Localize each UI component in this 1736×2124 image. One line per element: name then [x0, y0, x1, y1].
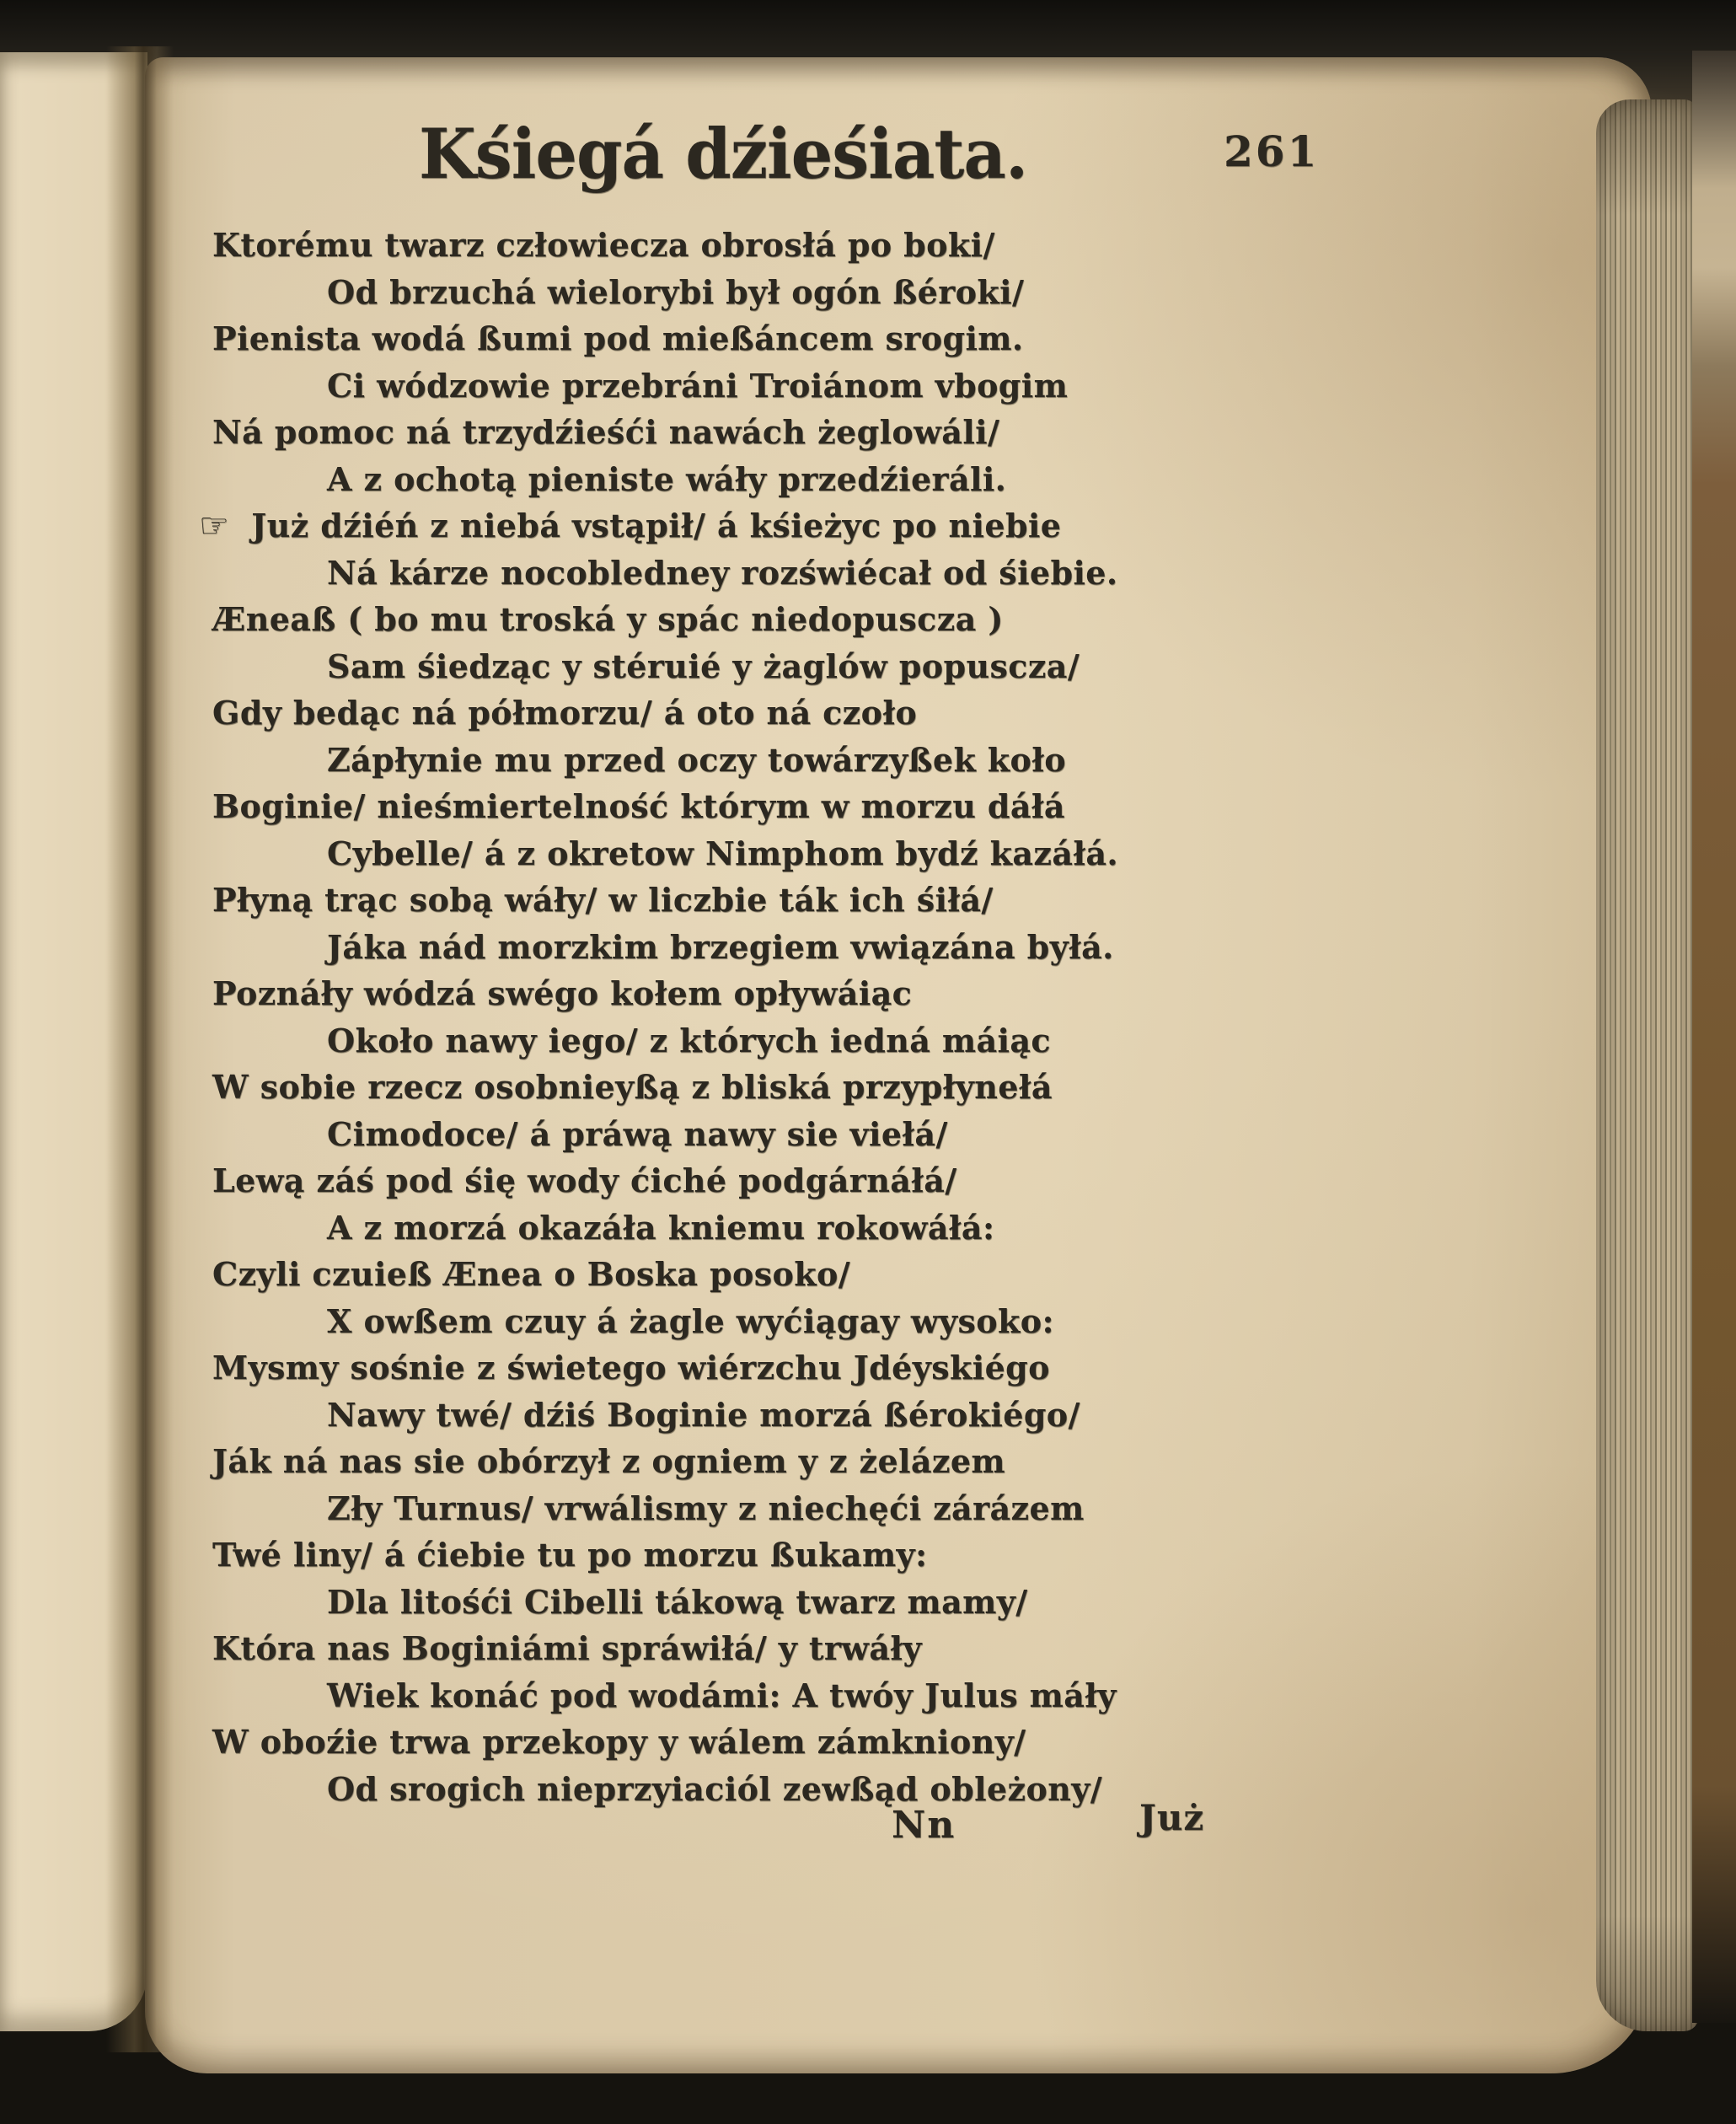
- gutter-shadow: [106, 46, 174, 2052]
- verse-line: Od brzuchá wielorybi był ogón ßéroki/: [327, 273, 1476, 320]
- verse-line: Ci wódzowie przebráni Troiánom vbogim: [327, 367, 1476, 414]
- verse-line: Boginie/ nieśmiertelność którym w morzu …: [212, 787, 1476, 834]
- verse-line: Lewą záś pod śię wody ćiché podgárnáłá/: [212, 1161, 1476, 1209]
- verse-text: Ná pomoc ná trzydźieśći nawách żeglowáli…: [212, 413, 999, 451]
- verse-line: Wiek konáć pod wodámi: A twóy Julus máły: [327, 1676, 1476, 1724]
- verse-text: Ktorému twarz człowiecza obrosłá po boki…: [212, 226, 995, 264]
- verse-text: Jáka nád morzkim brzegiem vwiązána byłá.: [327, 928, 1114, 966]
- verse-line: Która nas Boginiámi spráwiłá/ y trwáły: [212, 1629, 1476, 1676]
- verse-line: Ná pomoc ná trzydźieśći nawách żeglowáli…: [212, 413, 1476, 460]
- verse-text: Zápłynie mu przed oczy towárzyßek koło: [327, 741, 1066, 779]
- verse-line: Czyli czuieß Ænea o Boska posoko/: [212, 1255, 1476, 1302]
- verse-text: Mysmy sośnie z świetego wiérzchu Jdéyski…: [212, 1349, 1050, 1386]
- verse-line: Ná kárze nocobledney rozświécał od śiebi…: [327, 554, 1476, 601]
- verse-text: Około nawy iego/ z których iedná máiąc: [327, 1022, 1051, 1059]
- verse-text: Twé liny/ á ćiebie tu po morzu ßukamy:: [212, 1536, 927, 1574]
- verse-text: Która nas Boginiámi spráwiłá/ y trwáły: [212, 1629, 922, 1667]
- verse-line: Twé liny/ á ćiebie tu po morzu ßukamy:: [212, 1536, 1476, 1583]
- verse-text: Wiek konáć pod wodámi: A twóy Julus máły: [327, 1676, 1117, 1714]
- verse-text: A z ochotą pieniste wáły przedźieráli.: [327, 460, 1006, 498]
- verse-line: A z ochotą pieniste wáły przedźieráli.: [327, 460, 1476, 507]
- catchword: Już: [1139, 1797, 1204, 1838]
- verse-line: A z morzá okazáła kniemu rokowáłá:: [327, 1209, 1476, 1256]
- verse-line: Około nawy iego/ z których iedná máiąc: [327, 1022, 1476, 1069]
- verse-line: W oboźie trwa przekopy y wálem zámkniony…: [212, 1723, 1476, 1770]
- verse-text: Dla litośći Cibelli tákową twarz mamy/: [327, 1583, 1028, 1621]
- verse-text: Cybelle/ á z okretow Nimphom bydź kazáłá…: [327, 834, 1118, 872]
- verse-line: ☞Już dźiéń z niebá vstąpił/ á kśieżyc po…: [212, 507, 1476, 554]
- verse-text: W oboźie trwa przekopy y wálem zámkniony…: [212, 1723, 1026, 1761]
- verse-text: A z morzá okazáła kniemu rokowáłá:: [327, 1209, 994, 1247]
- verse-text: Od brzuchá wielorybi był ogón ßéroki/: [327, 273, 1024, 311]
- book-scan: { "page": { "header_title": "Kśiegá dźie…: [0, 0, 1736, 2124]
- verse-line: Nawy twé/ dźiś Boginie morzá ßérokiégo/: [327, 1396, 1476, 1443]
- verse-text: Æneaß ( bo mu troská y spác niedopuscza …: [212, 600, 1004, 638]
- verse-line: Poznáły wódzá swégo kołem opływáiąc: [212, 974, 1476, 1022]
- verse-text: Lewą záś pod śię wody ćiché podgárnáłá/: [212, 1161, 957, 1199]
- verse-text: Pienista wodá ßumi pod mießáncem srogim.: [212, 319, 1024, 357]
- verse-text: Cimodoce/ á práwą nawy sie viełá/: [327, 1115, 948, 1153]
- verse-line: Zápłynie mu przed oczy towárzyßek koło: [327, 741, 1476, 788]
- verse-text: Ná kárze nocobledney rozświécał od śiebi…: [327, 554, 1118, 592]
- verse-line: Ktorému twarz człowiecza obrosłá po boki…: [212, 226, 1476, 273]
- verse-text: Zły Turnus/ vrwálismy z niechęći zárázem: [327, 1489, 1085, 1527]
- verse-text: Od srogich nieprzyiaciól zewßąd obleżony…: [327, 1770, 1102, 1808]
- verse-lines: Ktorému twarz człowiecza obrosłá po boki…: [212, 226, 1476, 1816]
- verse-text: Nawy twé/ dźiś Boginie morzá ßérokiégo/: [327, 1396, 1080, 1434]
- verse-text: Ci wódzowie przebráni Troiánom vbogim: [327, 367, 1068, 405]
- page-title: Kśiegá dźieśiata.: [419, 115, 1027, 195]
- verse-line: Cimodoce/ á práwą nawy sie viełá/: [327, 1115, 1476, 1162]
- verse-line: Æneaß ( bo mu troská y spác niedopuscza …: [212, 600, 1476, 647]
- verse-line: Cybelle/ á z okretow Nimphom bydź kazáłá…: [327, 834, 1476, 882]
- verse-text: Poznáły wódzá swégo kołem opływáiąc: [212, 974, 912, 1012]
- fore-edge: [1596, 99, 1699, 2031]
- verse-text: X owßem czuy á żagle wyćiągay wysoko:: [327, 1302, 1054, 1340]
- verse-line: Płyną trąc sobą wáły/ w liczbie ták ich …: [212, 881, 1476, 928]
- signature-mark: Nn: [892, 1804, 956, 1847]
- verse-text: Gdy bedąc ná półmorzu/ á oto ná czoło: [212, 694, 917, 732]
- desk-surface: [1692, 51, 1736, 2023]
- verse-text: Czyli czuieß Ænea o Boska posoko/: [212, 1255, 850, 1293]
- verse-line: Pienista wodá ßumi pod mießáncem srogim.: [212, 319, 1476, 367]
- verse-line: Jáka nád morzkim brzegiem vwiązána byłá.: [327, 928, 1476, 975]
- verse-line: Dla litośći Cibelli tákową twarz mamy/: [327, 1583, 1476, 1630]
- verse-line: Gdy bedąc ná półmorzu/ á oto ná czoło: [212, 694, 1476, 741]
- verse-text: W sobie rzecz osobnieyßą z bliská przypł…: [212, 1068, 1053, 1106]
- verse-line: X owßem czuy á żagle wyćiągay wysoko:: [327, 1302, 1476, 1349]
- manicule-icon: ☞: [199, 507, 229, 545]
- verse-line: Sam śiedząc y stéruié y żaglów popuscza/: [327, 647, 1476, 695]
- verse-line: Mysmy sośnie z świetego wiérzchu Jdéyski…: [212, 1349, 1476, 1396]
- page-number: 261: [1224, 126, 1319, 176]
- verse-text: Płyną trąc sobą wáły/ w liczbie ták ich …: [212, 881, 994, 919]
- verse-line: Zły Turnus/ vrwálismy z niechęći zárázem: [327, 1489, 1476, 1537]
- verse-text: Już dźiéń z niebá vstąpił/ á kśieżyc po …: [251, 507, 1061, 544]
- verse-text: Sam śiedząc y stéruié y żaglów popuscza/: [327, 647, 1080, 685]
- verse-text: Boginie/ nieśmiertelność którym w morzu …: [212, 787, 1065, 825]
- verse-line: W sobie rzecz osobnieyßą z bliská przypł…: [212, 1068, 1476, 1115]
- verse-line: Ják ná nas sie obórzył z ogniem y z żelá…: [212, 1442, 1476, 1489]
- verse-text: Ják ná nas sie obórzył z ogniem y z żelá…: [212, 1442, 1005, 1480]
